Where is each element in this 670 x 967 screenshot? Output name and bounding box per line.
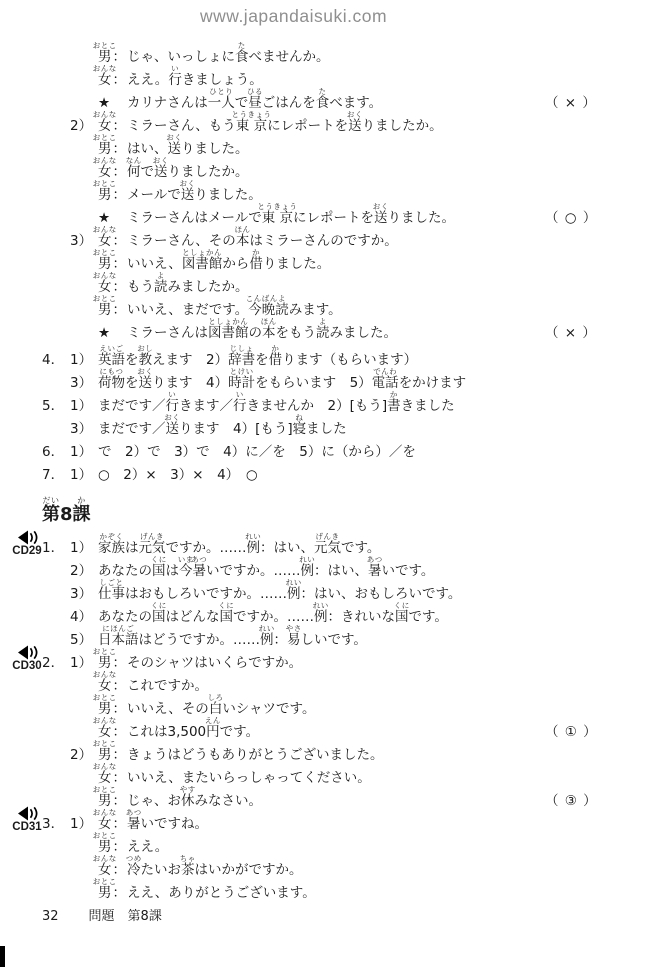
ruby-base: 送おく — [374, 207, 388, 230]
ruby-base: 男おとこ — [98, 184, 112, 207]
furigana: しごと — [100, 579, 124, 587]
ruby-base: 男おとこ — [98, 299, 112, 322]
furigana: やす — [180, 786, 196, 794]
furigana: ちゃ — [180, 855, 196, 863]
furigana: おとこ — [93, 786, 117, 794]
line-text: はい、送おくりました。 — [127, 141, 249, 157]
furigana: くに — [151, 556, 167, 564]
ruby-base: 送おく — [181, 184, 195, 207]
ruby-base: 本ほん — [236, 230, 250, 253]
lesson8-exercises: CD291．1）家族かぞくは元気げんきですか。……例れい：はい、元気げんきです。… — [0, 537, 670, 905]
sub-item-number: 1） — [70, 464, 92, 487]
answer-mark: （ × ） — [545, 92, 597, 115]
ruby-base: 例れい — [301, 560, 315, 583]
line-text: 冷つめたいお茶ちゃはいかがですか。 — [127, 862, 303, 878]
text-line: 6．1）で 2）で 3）で 4）に／を 5）に（から）／を — [0, 441, 670, 464]
ruby-base: 例れい — [260, 629, 274, 652]
ruby-base: 東 京とうきょう — [262, 207, 293, 230]
item-number: 4． — [42, 349, 64, 372]
line-text: そのシャツはいくらですか。 — [127, 655, 302, 671]
ruby-base: 書か — [387, 395, 401, 418]
furigana: おく — [137, 368, 153, 376]
item-number: 2． — [42, 652, 64, 675]
sub-item-number: 3） — [70, 418, 92, 441]
furigana: い — [236, 391, 244, 399]
furigana: つめ — [126, 855, 142, 863]
ruby-base: 送おく — [154, 161, 168, 184]
furigana: おく — [153, 157, 169, 165]
furigana: なん — [126, 157, 142, 165]
line-text: きょうはどうもありがとうございました。 — [127, 747, 384, 763]
furigana: おんな — [93, 763, 117, 771]
text-line: 3）仕事しごとはおもしろいですか。……例れい：はい、おもしろいです。 — [0, 583, 670, 606]
sub-item-number: 1） — [70, 537, 92, 560]
ruby-base: 読よ — [316, 322, 330, 345]
dialogue-line: 男おとこ：ええ、ありがとうございます。 — [0, 882, 670, 905]
line-text: ええ、ありがとうございます。 — [127, 885, 316, 901]
ruby-base: 家族かぞく — [98, 537, 125, 560]
ruby-base: 休やす — [181, 790, 195, 813]
dialogue-line: 男おとこ：メールで送おくりました。 — [0, 184, 670, 207]
ruby-base: 茶ちゃ — [181, 859, 195, 882]
speaker-colon: ： — [112, 72, 128, 88]
line-text: ミラーさんは図書館としょかんの本ほんをもう読よみました。 — [127, 325, 397, 341]
ruby-base: 送おく — [348, 115, 362, 138]
ruby-base: 送おく — [168, 138, 182, 161]
scan-artifact — [0, 946, 5, 967]
furigana: にもつ — [100, 368, 124, 376]
ruby-base: 例れい — [247, 537, 261, 560]
ruby-base: 食た — [316, 92, 330, 115]
furigana: こんばん — [246, 295, 278, 303]
ruby-base: 寝ね — [293, 418, 307, 441]
furigana: よ — [319, 318, 327, 326]
ruby-base: 図書館としょかん — [208, 322, 249, 345]
furigana: としょかん — [182, 249, 222, 257]
text-line: 5．1）まだです／行いきます／行いきませんか 2）[もう]書かきました — [0, 395, 670, 418]
lesson-heading: 第だい8課か — [42, 500, 670, 530]
sub-item-number: 3） — [70, 230, 92, 253]
furigana: くに — [394, 602, 410, 610]
furigana: た — [318, 88, 326, 96]
furigana: れい — [299, 556, 315, 564]
cd-track-label: CD31 — [12, 822, 41, 834]
sub-item-number: 3） — [70, 583, 92, 606]
furigana: かぞく — [100, 533, 124, 541]
furigana: か — [271, 345, 279, 353]
line-text: まだです／送おくります 4）[もう]寝ねました — [98, 421, 347, 437]
ruby-base: 東 京とうきょう — [236, 115, 267, 138]
ruby-base: 国くに — [395, 606, 409, 629]
ruby-base: 読よ — [154, 276, 168, 299]
text-line: 4）あなたの国くにはどんな国くにですか。……例れい：きれいな国くにです。 — [0, 606, 670, 629]
furigana: おとこ — [93, 180, 117, 188]
text-line: 7．1）○ 2）× 3）× 4） ○ — [0, 464, 670, 487]
ruby-base: 例れい — [314, 606, 328, 629]
furigana: おし — [137, 345, 153, 353]
line-text: メールで送おくりました。 — [127, 187, 262, 203]
watermark: www.japandaisuki.com — [200, 6, 387, 27]
ruby-base: 送おく — [166, 418, 180, 441]
speaker-colon: ： — [112, 885, 128, 901]
document-body: 男おとこ：じゃ、いっしょに食たべませんか。女おんな：ええ。行いきましょう。★カリ… — [0, 46, 670, 905]
ruby-base: 国くに — [152, 560, 166, 583]
furigana: あつ — [367, 556, 383, 564]
line-text: もう読よみましたか。 — [127, 279, 249, 295]
furigana: とうきょう — [231, 111, 271, 119]
speaker-colon: ： — [112, 187, 128, 203]
speaker-icon — [16, 530, 39, 545]
line-text: 暑あついですね。 — [127, 816, 208, 832]
furigana: おんな — [93, 157, 117, 165]
page-footer: 32問題 第8課 — [42, 905, 162, 924]
answer-mark: （ ③ ） — [545, 790, 598, 813]
furigana: おんな — [93, 855, 117, 863]
furigana: か — [390, 391, 398, 399]
furigana: ね — [295, 414, 303, 422]
furigana: くに — [218, 602, 234, 610]
furigana: おく — [164, 414, 180, 422]
sub-item-number: 2） — [70, 744, 92, 767]
furigana: おんな — [93, 65, 117, 73]
sub-item-number: 1） — [70, 349, 92, 372]
furigana: おく — [347, 111, 363, 119]
item-number: 7． — [42, 464, 64, 487]
line-text: 日本語にほんごはどうですか。……例れい：易やさしいです。 — [98, 632, 367, 648]
line-text: あなたの国くには今いま暑あついですか。……例れい：はい、暑あついです。 — [98, 563, 434, 579]
ruby-base: 本ほん — [262, 322, 276, 345]
item-number: 3． — [42, 813, 64, 836]
sub-item-number: 1） — [70, 813, 92, 836]
line-text: ええ。行いきましょう。 — [127, 72, 263, 88]
line-text: ミラーさんはメールで東 京とうきょうにレポートを送おくりました。 — [127, 210, 455, 226]
furigana: あつ — [191, 556, 207, 564]
speaker-icon — [16, 806, 39, 821]
furigana: あつ — [126, 809, 142, 817]
dialogue-line: 男おとこ：いいえ、まだです。今晩こんばん読よみます。 — [0, 299, 670, 322]
ruby-base: 食た — [235, 46, 249, 69]
furigana: れい — [259, 625, 275, 633]
furigana: おんな — [93, 226, 117, 234]
lesson7-answers: 4．1）英語えいごを教おしえます 2）辞書じしょを借かります（もらいます）3）荷… — [0, 349, 670, 487]
sub-item-number: 4） — [70, 606, 92, 629]
line-text: いいえ、その白しろいシャツです。 — [127, 701, 315, 717]
line-text: これですか。 — [127, 678, 208, 694]
furigana: やさ — [286, 625, 302, 633]
furigana: か — [77, 497, 86, 505]
line-text: まだです／行いきます／行いきませんか 2）[もう]書かきました — [98, 398, 455, 414]
furigana: た — [238, 42, 246, 50]
furigana: おんな — [93, 272, 117, 280]
furigana: い — [171, 65, 179, 73]
sub-item-number: 5） — [70, 629, 92, 652]
furigana: おとこ — [93, 295, 117, 303]
answer-mark: （ × ） — [545, 322, 597, 345]
ruby-base: 男おとこ — [98, 882, 112, 905]
furigana: としょかん — [208, 318, 248, 326]
text-line: 3）まだです／送おくります 4）[もう]寝ねました — [0, 418, 670, 441]
furigana: おとこ — [93, 648, 117, 656]
furigana: とけい — [230, 368, 254, 376]
sub-item-number: 2） — [70, 560, 92, 583]
cd-track-label: CD29 — [12, 546, 41, 558]
line-text: じゃ、いっしょに食たべませんか。 — [127, 49, 330, 65]
ruby-base: 円えん — [206, 721, 220, 744]
line-text: ミラーさん、その本ほんはミラーさんのですか。 — [127, 233, 398, 249]
furigana: ほん — [261, 318, 277, 326]
furigana: れい — [286, 579, 302, 587]
furigana: げんき — [316, 533, 340, 541]
line-text: ○ 2）× 3）× 4） ○ — [98, 467, 258, 483]
page-number: 32 — [42, 909, 59, 924]
furigana: おとこ — [93, 42, 117, 50]
ruby-base: 国くに — [220, 606, 234, 629]
dialogue-line: 女おんな：ええ。行いきましょう。 — [0, 69, 670, 92]
ruby-base: 暑あつ — [127, 813, 141, 836]
furigana: だい — [43, 497, 60, 505]
ruby-base: 何なん — [127, 161, 141, 184]
ruby-base: 例れい — [287, 583, 301, 606]
ruby-base: 借か — [249, 253, 263, 276]
line-text: で 2）で 3）で 4）に／を 5）に（から）／を — [98, 444, 416, 460]
furigana: とうきょう — [257, 203, 297, 211]
furigana: おとこ — [93, 134, 117, 142]
furigana: にほんご — [102, 625, 134, 633]
sub-item-number: 2） — [70, 115, 92, 138]
ruby-base: 元気げんき — [314, 537, 341, 560]
answer-mark: （ ○ ） — [545, 207, 597, 230]
furigana: くに — [151, 602, 167, 610]
furigana: ひとり — [209, 88, 233, 96]
furigana: おんな — [93, 809, 117, 817]
answer-mark: （ ① ） — [545, 721, 598, 744]
item-number: 1． — [42, 537, 64, 560]
footer-section-label: 問題 第8課 — [89, 909, 162, 924]
line-text: 荷物にもつを送おくります 4）時計とけいをもらいます 5）電話でんわをかけます — [98, 375, 466, 391]
ruby-base: 課か — [73, 500, 91, 530]
furigana: しろ — [208, 694, 224, 702]
ruby-base: 読よ — [275, 299, 289, 322]
sub-item-number: 1） — [70, 441, 92, 464]
line-text: これは3,500円えんです。 — [127, 724, 259, 740]
furigana: よ — [157, 272, 165, 280]
furigana: れい — [245, 533, 261, 541]
furigana: い — [168, 391, 176, 399]
sub-item-number: 1） — [70, 652, 92, 675]
furigana: おく — [166, 134, 182, 142]
furigana: おとこ — [93, 832, 117, 840]
ruby-base: 図書館としょかん — [182, 253, 223, 276]
line-text: 家族かぞくは元気げんきですか。……例れい：はい、元気げんきです。 — [98, 540, 380, 556]
ruby-base: 冷つめ — [127, 859, 141, 882]
ruby-base: 送おく — [139, 372, 153, 395]
text-line: 3）荷物にもつを送おくります 4）時計とけいをもらいます 5）電話でんわをかけま… — [0, 372, 670, 395]
furigana: えいご — [100, 345, 124, 353]
ruby-base: 第だい — [42, 500, 60, 530]
line-text: いいえ、またいらっしゃってください。 — [127, 770, 371, 786]
furigana: おんな — [93, 671, 117, 679]
furigana: げんき — [140, 533, 164, 541]
line-text: じゃ、お休やすみなさい。 — [127, 793, 262, 809]
furigana: れい — [313, 602, 329, 610]
furigana: よ — [278, 295, 286, 303]
ruby-base: 借か — [269, 349, 283, 372]
furigana: おんな — [93, 111, 117, 119]
speaker-icon — [16, 645, 39, 660]
speaker-colon: ： — [112, 302, 128, 318]
ruby-base: 国くに — [152, 606, 166, 629]
furigana: ひる — [247, 88, 263, 96]
star-marker: ★ — [98, 322, 127, 345]
furigana: おとこ — [93, 878, 117, 886]
ruby-base: 仕事しごと — [98, 583, 125, 606]
furigana: ほん — [235, 226, 251, 234]
ruby-base: 易やさ — [287, 629, 301, 652]
lesson7-listening-dialogues: 男おとこ：じゃ、いっしょに食たべませんか。女おんな：ええ。行いきましょう。★カリ… — [0, 46, 670, 345]
ruby-base: 荷物にもつ — [98, 372, 125, 395]
furigana: じしょ — [230, 345, 254, 353]
furigana: おんな — [93, 717, 117, 725]
furigana: おく — [179, 180, 195, 188]
ruby-base: 行い — [233, 395, 247, 418]
ruby-base: 暑あつ — [193, 560, 207, 583]
text-line: CD291．1）家族かぞくは元気げんきですか。……例れい：はい、元気げんきです。 — [0, 537, 670, 560]
furigana: か — [252, 249, 260, 257]
sub-item-number: 3） — [70, 372, 92, 395]
furigana: えん — [205, 717, 221, 725]
furigana: おく — [373, 203, 389, 211]
cd-track-label: CD30 — [12, 661, 41, 673]
furigana: おとこ — [93, 694, 117, 702]
furigana: おとこ — [93, 740, 117, 748]
item-number: 5． — [42, 395, 64, 418]
ruby-base: 女おんな — [98, 69, 112, 92]
furigana: でんわ — [373, 368, 397, 376]
ruby-base: 暑あつ — [368, 560, 382, 583]
star-line: ★ミラーさんは図書館としょかんの本ほんをもう読よみました。（ × ） — [0, 322, 670, 345]
sub-item-number: 1） — [70, 395, 92, 418]
furigana: おとこ — [93, 249, 117, 257]
item-number: 6． — [42, 441, 64, 464]
ruby-base: 行い — [168, 69, 182, 92]
